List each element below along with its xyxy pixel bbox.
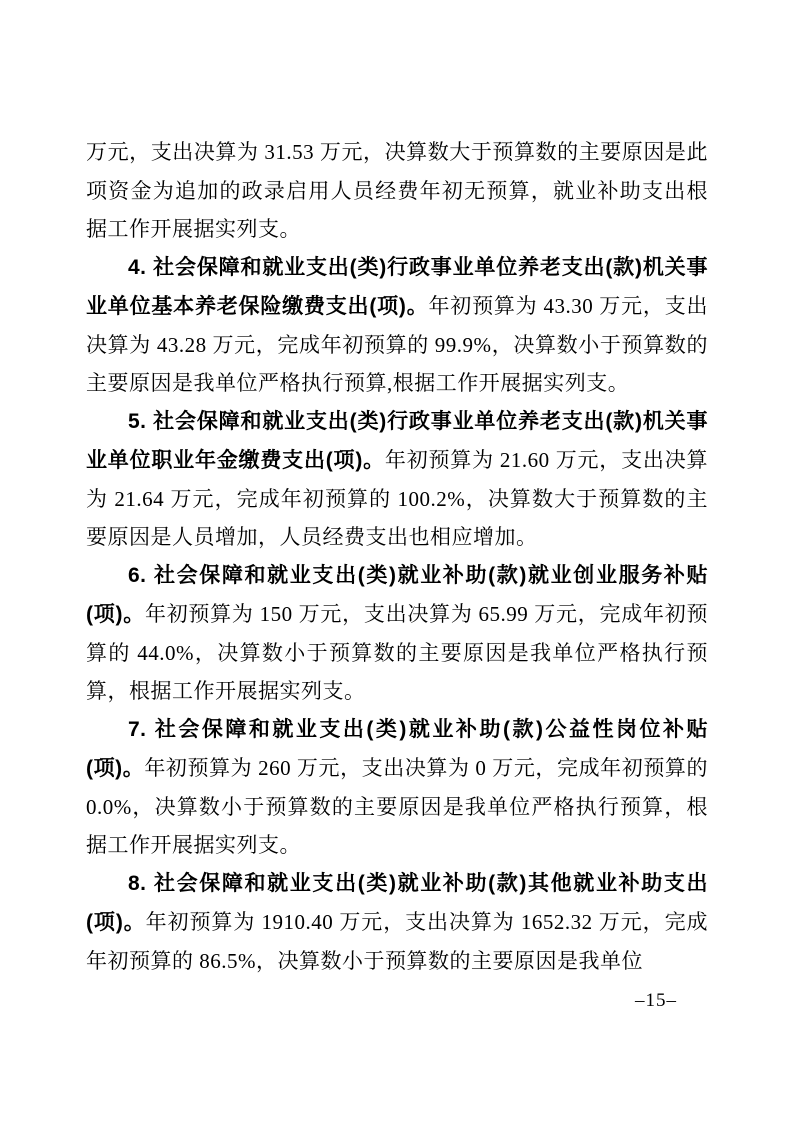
paragraph-continuation: 万元，支出决算为 31.53 万元，决算数大于预算数的主要原因是此项资金为追加的… [86,133,708,248]
paragraph-text: 年初预算为 150 万元，支出决算为 65.99 万元，完成年初预算的 44.0… [86,602,708,703]
paragraph-item-8: 8. 社会保障和就业支出(类)就业补助(款)其他就业补助支出(项)。年初预算为 … [86,864,708,980]
page-number: –15– [635,990,677,1012]
paragraph-text: 万元，支出决算为 31.53 万元，决算数大于预算数的主要原因是此项资金为追加的… [86,140,708,241]
paragraph-item-7: 7. 社会保障和就业支出(类)就业补助(款)公益性岗位补贴(项)。年初预算为 2… [86,710,708,864]
paragraph-item-4: 4. 社会保障和就业支出(类)行政事业单位养老支出(款)机关事业单位基本养老保险… [86,248,708,402]
document-page: 万元，支出决算为 31.53 万元，决算数大于预算数的主要原因是此项资金为追加的… [0,0,793,1122]
document-body: 万元，支出决算为 31.53 万元，决算数大于预算数的主要原因是此项资金为追加的… [86,133,708,980]
paragraph-text: 年初预算为 260 万元，支出决算为 0 万元，完成年初预算的 0.0%，决算数… [86,756,708,857]
paragraph-item-6: 6. 社会保障和就业支出(类)就业补助(款)就业创业服务补贴(项)。年初预算为 … [86,556,708,710]
paragraph-text: 年初预算为 1910.40 万元，支出决算为 1652.32 万元，完成年初预算… [86,910,708,973]
paragraph-item-5: 5. 社会保障和就业支出(类)行政事业单位养老支出(款)机关事业单位职业年金缴费… [86,402,708,556]
